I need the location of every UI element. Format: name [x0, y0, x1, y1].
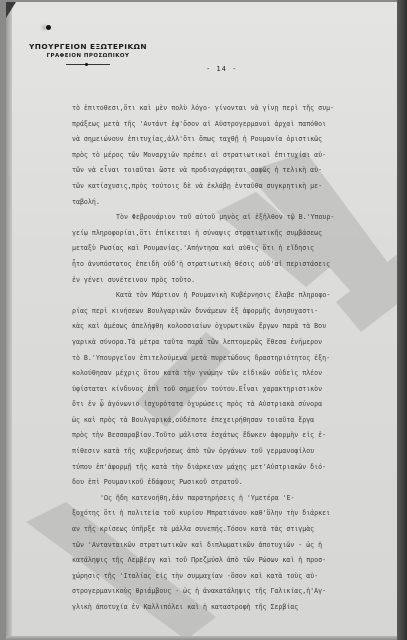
scan-right-border [397, 0, 407, 640]
text-line: γλικὴ ἀποτυχία ἐν Καλλιπόλει καὶ ἡ κατασ… [72, 600, 394, 616]
text-line: Κατὰ τὸν Μάρτιον ἡ Ρουμανικὴ Κυβέρνησις … [72, 288, 394, 304]
text-line: ρίας περὶ κινήσεων Βουλγαρικῶν δυνάμεων … [72, 304, 394, 320]
text-line: ὑφίσταται κίνδυνος ἐπὶ τοῦ σημείου τούτο… [72, 382, 394, 398]
letterhead-ornament-icon [46, 25, 51, 30]
text-line: τὸ ἐπιτοθεσι,ὅτι καὶ μὲν πολὺ λόγο- γίνο… [72, 101, 394, 117]
text-line: τῶν κατίσχυσις,πρὸς τούτοις δὲ νὰ ἐκλάβῃ… [72, 179, 394, 195]
text-line: Τὸν Φεβρουάριον τοῦ αὐτοῦ μηνὸς αἱ ἐξῆλθ… [72, 210, 394, 226]
ministry-name: ΥΠΟΥΡΓΕΙΟΝ ΕΞΩΤΕΡΙΚΩΝ [26, 42, 150, 51]
text-line: τύπου ἐπ'ἀφορμῇ τῆς κατὰ τὴν διάρκειαν μ… [72, 460, 394, 476]
text-line: τῶν 'Αντανταικῶν στρατιωτικῶν καὶ διπλωμ… [72, 538, 394, 554]
text-line: ξοχότης ὅτι ἡ πολιτεία τοῦ κυρίου Μπρατι… [72, 506, 394, 522]
text-line: κολούθησαν μέχρις ὅτου κατὰ τὴν γνώμην τ… [72, 366, 394, 382]
page-left-edge [6, 2, 12, 640]
text-line: ἐν γένει συνέτεινον πρὸς τοῦτο. [72, 273, 394, 289]
text-line: 'Ως ἤδη κατενοήθη,ἐάν παρατηρήσεις ἡ 'Υμ… [72, 491, 394, 507]
text-line: ἦτο ἀνυπόστατος ἐπειδὴ οὐδ'ἡ στρατιωτικὴ… [72, 257, 394, 273]
page-bottom-edge [6, 636, 400, 640]
text-line: ταβολή. [72, 195, 394, 211]
text-line: τὸ Β.'Υπουργεῖον ἐπιτελούμενα μετὰ πυρετ… [72, 351, 394, 367]
office-name: ΓΡΑΦΕΙΟΝ ΠΡΟΣΩΠΙΚΟΥ [26, 53, 150, 59]
corner-shadow [6, 2, 16, 18]
text-line: ὡς καὶ πρὸς τὰ Βουλγαρικά,οὐδέποτε ἐπεχε… [72, 413, 394, 429]
text-line: κατάληψις τῆς Λεμβέργ καὶ τοῦ Πρεζμύσλ ἀ… [72, 553, 394, 569]
document-page: ΥΠΟΥΡΓΕΙΟΝ ΕΞΩΤΕΡΙΚΩΝ ΓΡΑΦΕΙΟΝ ΠΡΟΣΩΠΙΚΟ… [6, 2, 400, 640]
letterhead: ΥΠΟΥΡΓΕΙΟΝ ΕΞΩΤΕΡΙΚΩΝ ΓΡΑΦΕΙΟΝ ΠΡΟΣΩΠΙΚΟ… [26, 22, 150, 65]
text-line: νὰ σημειώνουν ἐπιτυχίας,ἀλλ'ὅτι ὅπως ταχ… [72, 132, 394, 148]
text-line: δου ἐπὶ Ρουμανικοῦ ἐδάφους Ρωσικοῦ στρατ… [72, 475, 394, 491]
text-line: πράξεως μετὰ τῆς 'Αντάντ ἐφ'ὅσον αἱ Αὐστ… [72, 117, 394, 133]
document-body: τὸ ἐπιτοθεσι,ὅτι καὶ μὲν πολὺ λόγο- γίνο… [72, 101, 394, 616]
text-line: πρὸς τὸ μέρος τῶν Μοναρχιῶν πρέπει αἱ στ… [72, 148, 394, 164]
scanned-document: ΥΠΟΥΡΓΕΙΟΝ ΕΞΩΤΕΡΙΚΩΝ ΓΡΑΦΕΙΟΝ ΠΡΟΣΩΠΙΚΟ… [0, 0, 407, 640]
text-line: αν τῆς κρίσεως ὑπῆρξε τὰ μάλλα συνεπής.Τ… [72, 522, 394, 538]
text-line: μεταξὺ Ρωσίας καὶ Ρουμανίας.'Απήντησα κα… [72, 241, 394, 257]
letterhead-divider [66, 64, 110, 65]
text-line: γαρικὰ σύνορα.Τὰ μέτρα ταῦτα παρὰ τῶν λε… [72, 335, 394, 351]
page-number: - 14 - [206, 65, 237, 73]
text-line: γείῳ πληροφορίαι,ὅτι ἐπίκειται ἡ σύναψις… [72, 226, 394, 242]
text-line: ὅτι ἐν ᾧ ἀγόνωνιο ἰσχυρότατα ὀχυρώσεις π… [72, 397, 394, 413]
text-line: πίθεσιν κατὰ τῆς κυβερνήσεως ἀπὸ τῶν ὀργ… [72, 444, 394, 460]
text-line: πρὸς τὴν Βεσσαραβίαν.Τοῦτο μάλιστα ἐσχάτ… [72, 428, 394, 444]
text-line: τῶν νὰ εἶναι τοιαῦται ὥστε νὰ προδιαγράφ… [72, 163, 394, 179]
text-line: στρογερμανικοὺς θριάμβους - ὡς ἡ ἀνακατά… [72, 584, 394, 600]
text-line: χώρησις τῆς 'Ιταλίας εἰς τὴν συμμαχίαν -… [72, 569, 394, 585]
text-line: κὰς καὶ ἀμέσως ἀπελήφθη κολοσσιαίων ὀχυρ… [72, 319, 394, 335]
